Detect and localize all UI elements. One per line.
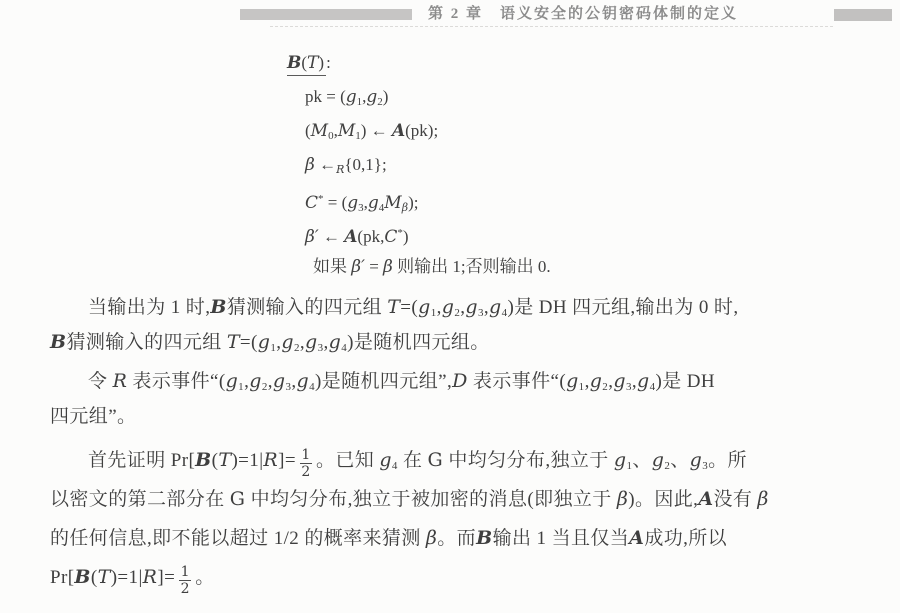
text-line: B猜测输入的四元组 T=(g1,g2,g3,g4)是随机四元组。 <box>50 325 865 360</box>
algorithm-line-beta-prime: β′ ← A(pk,C*) <box>287 216 551 250</box>
text-line: Pr[B(T)=1|R]=12。 <box>50 558 865 597</box>
text-line: 令 R 表示事件“(g1,g2,g3,g4)是随机四元组”,D 表示事件“(g1… <box>50 364 865 399</box>
header-rule-left <box>240 9 412 20</box>
text-line: 的任何信息,即不能以超过 1/2 的概率来猜测 β。而B输出 1 当且仅当A成功… <box>50 519 865 558</box>
algorithm-line-messages: (M0,M1) ← A(pk); <box>287 114 551 148</box>
algorithm-title-colon: : <box>326 53 331 72</box>
header-rule-right <box>834 9 892 21</box>
algorithm-title: B(T): <box>287 46 551 80</box>
text-line: 四元组”。 <box>50 399 865 434</box>
algorithm-line-pk: pk = (g1,g2) <box>287 80 551 114</box>
algorithm-line-ciphertext: C* = (g3,g4Mβ); <box>287 182 551 216</box>
algorithm-line-beta: β ←R{0,1}; <box>287 148 551 182</box>
algorithm-name: B(T) <box>287 52 326 76</box>
text-line: 当输出为 1 时,B猜测输入的四元组 T=(g1,g2,g3,g4)是 DH 四… <box>50 290 865 325</box>
paragraph-guess: 当输出为 1 时,B猜测输入的四元组 T=(g1,g2,g3,g4)是 DH 四… <box>50 290 865 360</box>
algorithm-line-output: 如果 β′ = β 则输出 1;否则输出 0. <box>287 250 551 284</box>
paragraph-proof: 首先证明 Pr[B(T)=1|R]=12。已知 g4 在 G 中均匀分布,独立于… <box>50 441 865 597</box>
paragraph-events: 令 R 表示事件“(g1,g2,g3,g4)是随机四元组”,D 表示事件“(g1… <box>50 364 865 434</box>
header-underline <box>270 26 833 27</box>
text-line: 首先证明 Pr[B(T)=1|R]=12。已知 g4 在 G 中均匀分布,独立于… <box>50 441 865 480</box>
book-page: 第 2 章 语义安全的公钥密码体制的定义 B(T): pk = (g1,g2) … <box>0 0 900 613</box>
chapter-header-title: 第 2 章 语义安全的公钥密码体制的定义 <box>428 2 738 23</box>
algorithm-block: B(T): pk = (g1,g2) (M0,M1) ← A(pk); β ←R… <box>287 46 551 284</box>
page-header: 第 2 章 语义安全的公钥密码体制的定义 <box>0 0 900 34</box>
text-line: 以密文的第二部分在 G 中均匀分布,独立于被加密的消息(即独立于 β)。因此,A… <box>50 480 865 519</box>
